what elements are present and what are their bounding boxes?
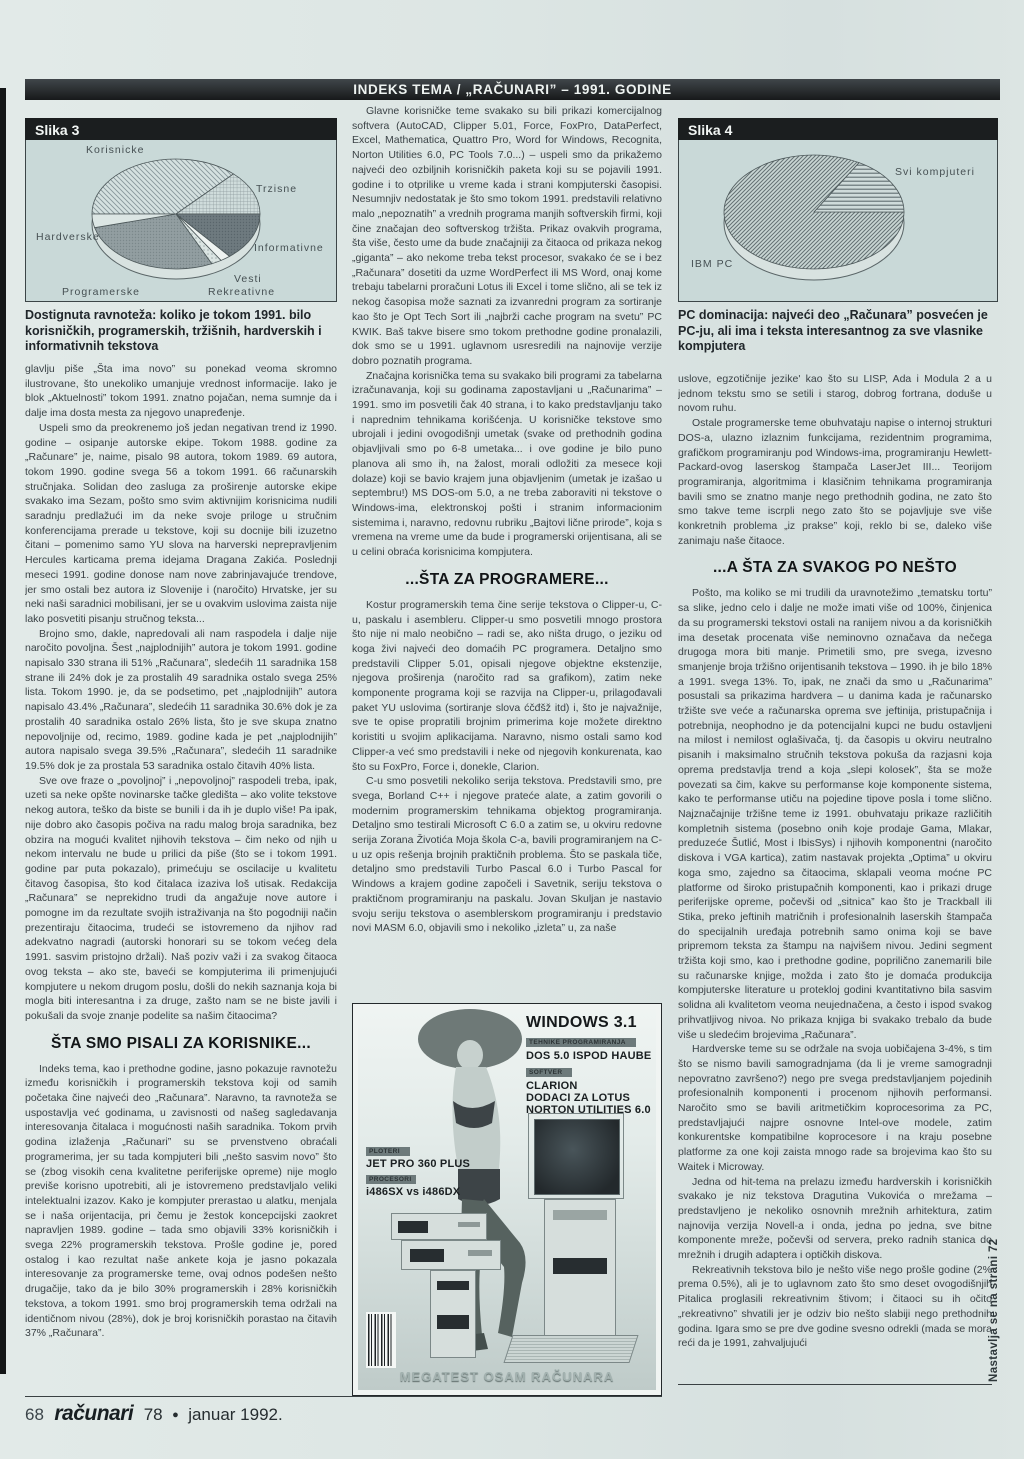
figure-slika4-titlebar: Slika 4	[678, 118, 998, 140]
footer-bullet: ●	[172, 1409, 179, 1421]
cover-tag: PLOTERI	[366, 1147, 410, 1156]
paragraph: Uspeli smo da preokrenemo još jedan nega…	[25, 421, 337, 627]
footer-magazine-name: računari	[54, 1402, 133, 1425]
footer-issue-number: 78	[144, 1405, 163, 1424]
cover-desktop-case-1	[391, 1213, 487, 1240]
cover-keyboard	[503, 1335, 638, 1363]
cover-line: JET PRO 360 PLUS	[366, 1158, 470, 1170]
figure-slika4-title: Slika 4	[688, 122, 732, 138]
page-header-bar: INDEKS TEMA / „RAČUNARI” – 1991. GODINE	[25, 79, 1000, 100]
cover-photo: WINDOWS 3.1 TEHNIKE PROGRAMIRANJA DOS 5.…	[358, 1009, 656, 1390]
figure-slika3: Slika 3 Korisnicke Trzisne Informativne …	[25, 118, 337, 355]
section-heading-korisnici: ŠTA SMO PISALI ZA KORISNIKE...	[25, 1035, 337, 1053]
section-heading-programeri: ...ŠTA ZA PROGRAMERE...	[352, 571, 662, 589]
figure-slika3-title: Slika 3	[35, 122, 79, 138]
cover-tag: TEHNIKE PROGRAMIRANJA	[526, 1038, 636, 1047]
page-header-title: INDEKS TEMA / „RAČUNARI” – 1991. GODINE	[353, 82, 671, 97]
pie-chart-slika3	[26, 140, 336, 300]
footer-date: januar 1992.	[188, 1405, 283, 1424]
paragraph: Pošto, ma koliko se mi trudili da uravno…	[678, 586, 992, 1042]
cover-desktop-case-2	[401, 1240, 501, 1270]
pie-label-svi-kompjuteri: Svi kompjuteri	[895, 166, 975, 178]
paragraph: Ostale programerske teme obuhvataju napi…	[678, 416, 992, 548]
footer-rule-right	[678, 1384, 992, 1385]
footer-page-number: 68	[25, 1405, 44, 1424]
pie-label-rekreativne: Rekreativne	[208, 286, 275, 298]
cover-mini-tower	[430, 1270, 476, 1358]
paragraph: Glavne korisničke teme svakako su bili p…	[352, 104, 662, 369]
figure-slika3-chart-area: Korisnicke Trzisne Informativne Vesti Re…	[25, 140, 337, 302]
paragraph: Sve ove fraze o „povoljnoj” i „nepovoljn…	[25, 774, 337, 1024]
column-middle: Glavne korisničke teme svakako su bili p…	[352, 104, 662, 1000]
cover-line: DOS 5.0 ISPOD HAUBE	[526, 1050, 651, 1062]
cover-monitor-frame	[528, 1113, 624, 1199]
pie-label-ibm-pc: IBM PC	[691, 258, 733, 270]
column-left: glavlju piše „Šta ima novo” su ponekad v…	[25, 362, 337, 1392]
cover-tag: SOFTVER	[526, 1068, 572, 1077]
figure-slika4-caption: PC dominacija: najveći deo „Računara” po…	[678, 308, 998, 355]
paragraph: Jedna od hit-tema na prelazu između hard…	[678, 1175, 992, 1263]
cover-headline: WINDOWS 3.1	[526, 1014, 637, 1032]
pie-label-vesti: Vesti	[234, 273, 262, 285]
figure-slika3-titlebar: Slika 3	[25, 118, 337, 140]
pie-label-hardverske: Hardverske	[36, 231, 100, 243]
pie-label-trzisne: Trzisne	[256, 183, 297, 195]
paragraph: Indeks tema, kao i prethodne godine, jas…	[25, 1062, 337, 1341]
cover-line: DODACI ZA LOTUS	[526, 1092, 630, 1104]
cover-big-tower	[544, 1199, 616, 1339]
paragraph: Rekreativnih tekstova bilo je nešto više…	[678, 1263, 992, 1351]
paragraph: uslove, egzotičnije jezike' kao što su L…	[678, 372, 992, 416]
continuation-note: Nastavlja se na strani 72	[988, 1222, 1000, 1382]
cover-line: CLARION	[526, 1080, 578, 1092]
paragraph: Hardverske teme su se održale na svoja u…	[678, 1042, 992, 1174]
paragraph: Značajna korisnička tema su svakako bili…	[352, 369, 662, 560]
pie-label-korisnicke: Korisnicke	[86, 144, 144, 156]
cover-barcode	[366, 1312, 396, 1368]
pie-chart-slika4	[679, 140, 997, 300]
paragraph: glavlju piše „Šta ima novo” su ponekad v…	[25, 362, 337, 421]
cover-bottom-banner: MEGATEST OSAM RAČUNARA	[358, 1369, 656, 1384]
footer-rule	[25, 1396, 662, 1397]
paragraph: Kostur programerskih tema čine serije te…	[352, 598, 662, 774]
cover-tag: PROCESORI	[366, 1175, 416, 1184]
pie-label-informativne: Informativne	[254, 242, 324, 254]
section-heading-svako-po-nesto: ...A ŠTA ZA SVAKOG PO NEŠTO	[678, 559, 992, 577]
cover-line: NORTON UTILITIES 6.0	[526, 1104, 651, 1116]
page-footer: 68 računari 78 ● januar 1992.	[25, 1402, 283, 1426]
paragraph: Brojno smo, dakle, napredovali ali nam r…	[25, 627, 337, 774]
cover-line: i486SX vs i486DX	[366, 1186, 460, 1198]
paragraph: C-u smo posvetili nekoliko serija teksto…	[352, 774, 662, 936]
pie-label-programerske: Programerske	[62, 286, 140, 298]
page-gutter-rule	[0, 88, 6, 1374]
figure-slika4-chart-area: Svi kompjuteri IBM PC	[678, 140, 998, 302]
figure-slika3-caption: Dostignuta ravnoteža: koliko je tokom 19…	[25, 308, 337, 355]
magazine-cover: WINDOWS 3.1 TEHNIKE PROGRAMIRANJA DOS 5.…	[352, 1003, 662, 1396]
column-right: uslove, egzotičnije jezike' kao što su L…	[678, 372, 992, 1380]
figure-slika4: Slika 4 Svi kompjuteri IBM PC PC dominac…	[678, 118, 998, 355]
